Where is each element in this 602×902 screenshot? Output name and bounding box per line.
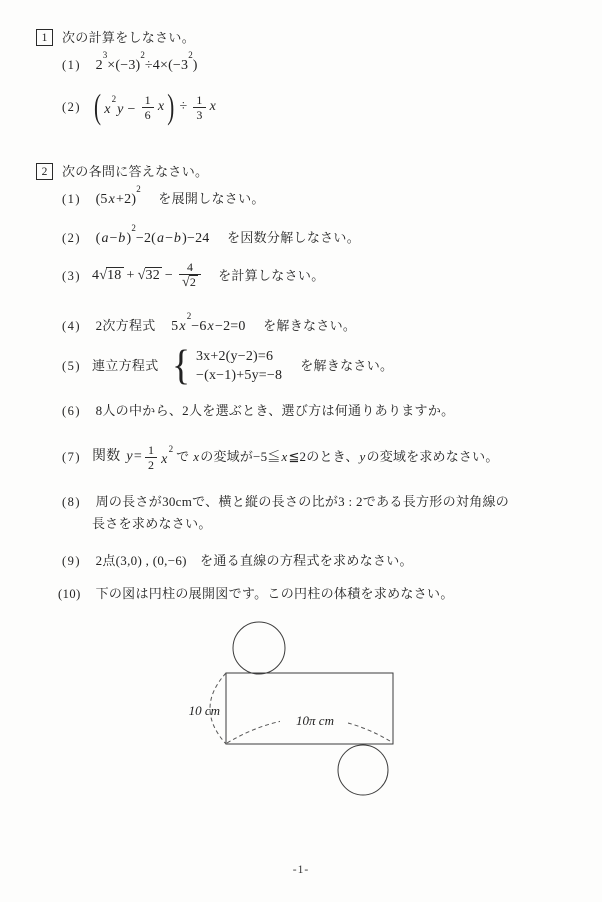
math-part: −6 [191, 319, 206, 334]
operator: = [134, 449, 142, 464]
math-part: )−24 [182, 231, 209, 246]
variable: y [125, 449, 133, 464]
problem-2-10: (10) 下の図は円柱の展開図です。この円柱の体積を求めなさい。 [58, 586, 454, 602]
math-expression: (a−b)2−2(a−b)−24 [96, 231, 210, 246]
item-label: (3) [62, 268, 92, 284]
problem-text: 下の図は円柱の展開図です。この円柱の体積を求めなさい。 [96, 586, 454, 601]
problem-1-1: (1) 23×(−3)2÷4×(−32) [62, 52, 198, 74]
denominator: 6 [142, 107, 154, 122]
equation-system: { 3x+2(y−2)=6 −(x−1)+5y=−8 [171, 345, 283, 387]
math-part: ÷4×(−3 [145, 58, 188, 73]
problem-1-2: (2) ( x2y− 16 x ) ÷ 13 x [62, 88, 217, 126]
math-part: x2 [160, 446, 173, 468]
radicand: 18 [106, 267, 123, 284]
radicand: 32 [145, 267, 162, 284]
top-base-circle [233, 622, 285, 674]
denominator: 3 [193, 107, 205, 122]
lead-text: 2次方程式 [96, 318, 156, 333]
math-part: −2( [136, 231, 156, 246]
problem-text: でxの変域が−5≦x≦2のとき、yの変域を求めなさい。 [173, 449, 498, 465]
problem-2-8: (8) 周の長さが30cmで、横と縦の長さの比が3 : 2である長方形の対角線の [62, 494, 509, 510]
radical: √2 [182, 275, 198, 291]
variable: a−b [156, 231, 182, 246]
instruction-text: を計算しなさい。 [218, 268, 324, 284]
item-label: (4) [62, 318, 92, 334]
problem-2-4: (4) 2次方程式 5x2−6x−2=0 を解きなさい。 [62, 313, 356, 335]
variable: x [209, 99, 217, 115]
problem-2-1: (1) (5x+2)2 を展開しなさい。 [62, 186, 265, 208]
question-1-header: 1 次の計算をしなさい。 [36, 29, 195, 46]
math-part: ) [193, 58, 198, 73]
right-parenthesis: ) [167, 90, 174, 125]
instruction-text: を解きなさい。 [263, 318, 356, 333]
exponent: 2 [169, 444, 174, 454]
operator: + [127, 268, 135, 283]
worksheet-page: 1 次の計算をしなさい。 (1) 23×(−3)2÷4×(−32) (2) ( … [0, 0, 602, 902]
numerator: 1 [193, 93, 205, 107]
exponent: 2 [188, 50, 193, 60]
operator: − [128, 102, 136, 117]
math-expression: 23×(−3)2÷4×(−32) [96, 58, 198, 73]
exponent: 2 [187, 311, 192, 321]
numerator: 1 [145, 443, 157, 457]
variable: x [103, 102, 111, 117]
exponent: 2 [140, 50, 145, 60]
variable: x [207, 319, 215, 334]
system-brace: { [172, 345, 190, 387]
equation-2: −(x−1)+5y=−8 [196, 366, 282, 385]
problem-2-9: (9) 2点(3,0) , (0,−6) を通る直線の方程式を求めなさい。 [62, 553, 413, 569]
item-label: (7) [62, 449, 92, 465]
problem-text-line-1: 周の長さが30cmで、横と縦の長さの比が3 : 2である長方形の対角線の [96, 494, 510, 509]
instruction-text: を解きなさい。 [300, 358, 393, 374]
fraction: 13 [193, 93, 205, 122]
problem-2-8-continuation: 長さを求めなさい。 [92, 516, 212, 532]
variable: y [359, 449, 367, 464]
variable: x [160, 452, 168, 467]
math-part: ×(−3) [107, 58, 140, 73]
item-label: (1) [62, 57, 92, 73]
item-label: (8) [62, 494, 92, 510]
coefficient: 4 [92, 268, 99, 283]
item-label: (6) [62, 403, 92, 419]
question-1-title: 次の計算をしなさい。 [62, 30, 195, 46]
exponent: 2 [131, 223, 136, 233]
operator: − [165, 268, 173, 283]
problem-2-2: (2) (a−b)2−2(a−b)−24 を因数分解しなさい。 [62, 225, 360, 247]
item-label: (9) [62, 553, 92, 569]
math-part: +2) [116, 192, 136, 207]
variable: a−b [100, 231, 126, 246]
math-expression: 関数y= 12 x2 でxの変域が−5≦x≦2のとき、yの変域を求めなさい。 [92, 443, 499, 472]
item-label: (2) [62, 230, 92, 246]
height-dimension-label: 10 cm [189, 703, 220, 718]
fraction: 16 [142, 93, 154, 122]
lateral-rectangle [226, 673, 393, 744]
math-part: 2 [96, 58, 103, 73]
text-part: で [176, 449, 189, 464]
denominator: 2 [145, 457, 157, 472]
cylinder-net-figure: 10 cm 10π cm [170, 612, 430, 812]
text-part: ≦2のとき、 [288, 449, 358, 464]
circumference-dimension-label: 10π cm [296, 713, 334, 728]
item-label: (10) [58, 586, 92, 602]
item-label: (2) [62, 99, 92, 115]
equation-1: 3x+2(y−2)=6 [196, 347, 282, 366]
fraction: 4√2 [179, 260, 201, 291]
numerator: 4 [184, 260, 196, 274]
text-part: の変域が−5≦ [200, 449, 280, 464]
math-expression: (5x+2)2 [96, 192, 141, 207]
instruction-text: を因数分解しなさい。 [227, 230, 360, 245]
math-part: (5 [96, 192, 108, 207]
problem-text-line-2: 長さを求めなさい。 [92, 516, 212, 531]
math-part: x2y− [103, 96, 138, 118]
lead-text: 連立方程式 [92, 358, 159, 374]
math-part: −2=0 [215, 319, 246, 334]
exponent: 3 [103, 50, 108, 60]
math-expression: 5x2−6x−2=0 [171, 319, 245, 334]
problem-2-3: (3) 4√18+√32− 4√2 を計算しなさい。 [62, 257, 325, 295]
text-part: の変域を求めなさい。 [367, 449, 499, 464]
question-2-title: 次の各問に答えなさい。 [62, 164, 208, 180]
left-parenthesis: ( [94, 90, 101, 125]
math-expression: 4√18+√32− 4√2 [92, 260, 204, 291]
variable: y [116, 102, 124, 117]
exponent: 2 [112, 94, 117, 104]
item-label: (5) [62, 358, 92, 374]
radical: √32 [138, 267, 162, 284]
equations: 3x+2(y−2)=6 −(x−1)+5y=−8 [196, 347, 282, 385]
operator: ÷ [179, 99, 187, 115]
problem-text: 2点(3,0) , (0,−6) を通る直線の方程式を求めなさい。 [96, 553, 413, 568]
exponent: 2 [136, 184, 141, 194]
question-2-header: 2 次の各問に答えなさい。 [36, 163, 208, 180]
variable: x [157, 99, 165, 115]
problem-2-5: (5) 連立方程式 { 3x+2(y−2)=6 −(x−1)+5y=−8 を解き… [62, 345, 393, 387]
radical: √18 [99, 267, 123, 284]
radicand: 2 [189, 275, 198, 290]
instruction-text: を展開しなさい。 [158, 191, 264, 206]
question-1-number-box: 1 [36, 29, 53, 46]
problem-2-6: (6) 8人の中から、2人を選ぶとき、選び方は何通りありますか。 [62, 403, 454, 419]
variable: x [108, 192, 116, 207]
math-expression: ( x2y− 16 x ) ÷ 13 x [92, 93, 217, 122]
variable: x [178, 319, 186, 334]
denominator: √2 [179, 274, 201, 291]
question-2-number-box: 2 [36, 163, 53, 180]
problem-text: 8人の中から、2人を選ぶとき、選び方は何通りありますか。 [96, 403, 455, 418]
numerator: 1 [142, 93, 154, 107]
math-part: 関数y= [92, 449, 142, 465]
page-number: -1- [0, 864, 602, 876]
problem-2-7: (7) 関数y= 12 x2 でxの変域が−5≦x≦2のとき、yの変域を求めなさ… [62, 440, 499, 474]
math-part: 4√18+√32− [92, 267, 176, 284]
lead-text: 関数 [92, 449, 120, 464]
fraction: 12 [145, 443, 157, 472]
bottom-base-circle [338, 745, 388, 795]
item-label: (1) [62, 191, 92, 207]
